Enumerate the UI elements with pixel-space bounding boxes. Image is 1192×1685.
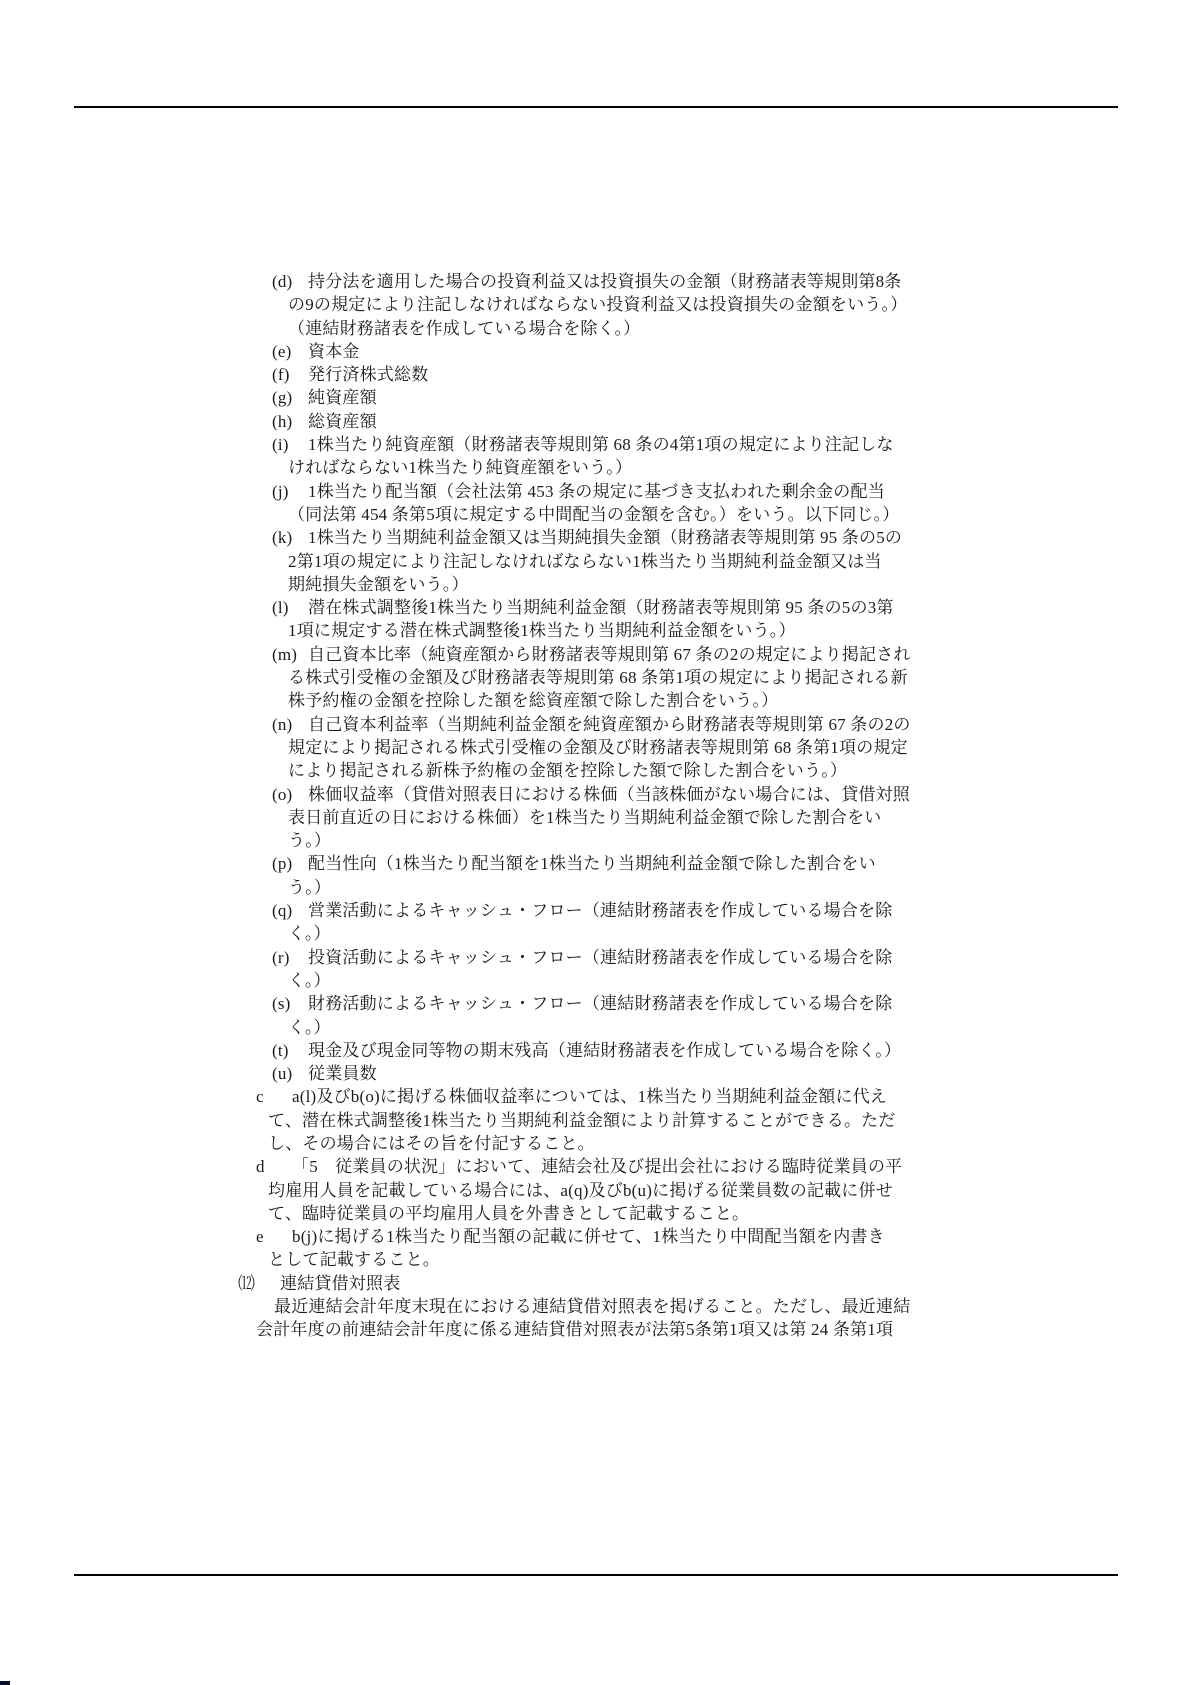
line-text: 持分法を適用した場合の投資利益又は投資損失の金額（財務諸表等規則第8条 [308, 272, 902, 291]
line-text: b(j)に掲げる1株当たり配当額の記載に併せて、1株当たり中間配当額を内書き [292, 1227, 885, 1246]
item-label: (k) [272, 526, 308, 549]
item-label: (p) [272, 852, 308, 875]
document-line: く。） [0, 922, 1192, 945]
document-line: 1項に規定する潜在株式調整後1株当たり当期純利益金額をいう。） [0, 619, 1192, 642]
item-label: (i) [272, 433, 308, 456]
line-text: 純資産額 [308, 388, 377, 407]
item-label: (u) [272, 1062, 308, 1085]
document-line: ca(l)及びb(o)に掲げる株価収益率については、1株当たり当期純利益金額に代… [0, 1085, 1192, 1108]
document-line: 株予約権の金額を控除した額を総資産額で除した割合をいう。） [0, 689, 1192, 712]
line-text: う。） [288, 878, 331, 897]
document-line: （同法第 454 条第5項に規定する中間配当の金額を含む。）をいう。以下同じ。） [0, 503, 1192, 526]
item-label: (l) [272, 596, 308, 619]
line-text: 期純損失金額をいう。） [288, 575, 469, 594]
line-text: により掲記される新株予約権の金額を控除した額で除した割合をいう。） [288, 761, 847, 780]
line-text: く。） [288, 1018, 331, 1037]
document-line: 均雇用人員を記載している場合には、a(q)及びb(u)に掲げる従業員数の記載に併… [0, 1179, 1192, 1202]
document-line: 表日前直近の日における株価）を1株当たり当期純利益金額で除した割合をい [0, 806, 1192, 829]
document-line: て、臨時従業員の平均雇用人員を外書きとして記載すること。 [0, 1202, 1192, 1225]
line-text: 最近連結会計年度末現在における連結貸借対照表を掲げること。ただし、最近連結 [274, 1297, 910, 1316]
line-text: う。） [288, 831, 331, 850]
document-line: ⑿連結貸借対照表 [0, 1272, 1192, 1295]
line-text: の9の規定により注記しなければならない投資利益又は投資損失の金額をいう。） [288, 295, 907, 314]
document-line: う。） [0, 829, 1192, 852]
item-label: (e) [272, 340, 308, 363]
document-line: (h)総資産額 [0, 410, 1192, 433]
document-line: （連結財務諸表を作成している場合を除く。） [0, 317, 1192, 340]
item-label: (t) [272, 1039, 308, 1062]
line-text: 株価収益率（貸借対照表日における株価（当該株価がない場合には、貸借対照 [308, 785, 910, 804]
line-text: 財務活動によるキャッシュ・フロー（連結財務諸表を作成している場合を除 [308, 994, 892, 1013]
item-label: (r) [272, 946, 308, 969]
document-line: (o)株価収益率（貸借対照表日における株価（当該株価がない場合には、貸借対照 [0, 783, 1192, 806]
line-text: 投資活動によるキャッシュ・フロー（連結財務諸表を作成している場合を除 [308, 948, 892, 967]
document-line: し、その場合にはその旨を付記すること。 [0, 1132, 1192, 1155]
document-line: 期純損失金額をいう。） [0, 573, 1192, 596]
item-label: (s) [272, 992, 308, 1015]
line-text: 「5 従業員の状況」において、連結会社及び提出会社における臨時従業員の平 [292, 1157, 902, 1176]
document-line: (d)持分法を適用した場合の投資利益又は投資損失の金額（財務諸表等規則第8条 [0, 270, 1192, 293]
line-text: 従業員数 [308, 1064, 377, 1083]
document-line: (u)従業員数 [0, 1062, 1192, 1085]
document-line: ければならない1株当たり純資産額をいう。） [0, 456, 1192, 479]
line-text: 1株当たり配当額（会社法第 453 条の規定に基づき支払われた剰余金の配当 [308, 482, 885, 501]
document-line: (l)潜在株式調整後1株当たり当期純利益金額（財務諸表等規則第 95 条の5の3… [0, 596, 1192, 619]
line-text: 1項に規定する潜在株式調整後1株当たり当期純利益金額をいう。） [288, 621, 796, 640]
document-line: 最近連結会計年度末現在における連結貸借対照表を掲げること。ただし、最近連結 [0, 1295, 1192, 1318]
line-text: 自己資本比率（純資産額から財務諸表等規則第 67 条の2の規定により掲記され [308, 645, 911, 664]
document-line: く。） [0, 969, 1192, 992]
document-page: (d)持分法を適用した場合の投資利益又は投資損失の金額（財務諸表等規則第8条 の… [0, 0, 1192, 1685]
document-line: (r)投資活動によるキャッシュ・フロー（連結財務諸表を作成している場合を除 [0, 946, 1192, 969]
document-line: く。） [0, 1016, 1192, 1039]
item-label: (d) [272, 270, 308, 293]
document-line: 会計年度の前連結会計年度に係る連結貸借対照表が法第5条第1項又は第 24 条第1… [0, 1318, 1192, 1341]
bottom-rule [74, 1574, 1118, 1576]
document-line: (s)財務活動によるキャッシュ・フロー（連結財務諸表を作成している場合を除 [0, 992, 1192, 1015]
document-line: 規定により掲記される株式引受権の金額及び財務諸表等規則第 68 条第1項の規定 [0, 736, 1192, 759]
line-text: ければならない1株当たり純資産額をいう。） [288, 458, 632, 477]
item-label: (f) [272, 363, 308, 386]
document-line: (i)1株当たり純資産額（財務諸表等規則第 68 条の4第1項の規定により注記し… [0, 433, 1192, 456]
item-label: (n) [272, 713, 308, 736]
line-text: し、その場合にはその旨を付記すること。 [268, 1134, 595, 1153]
document-line: (k)1株当たり当期純利益金額又は当期純損失金額（財務諸表等規則第 95 条の5… [0, 526, 1192, 549]
document-line: う。） [0, 876, 1192, 899]
line-text: 現金及び現金同等物の期末残高（連結財務諸表を作成している場合を除く。） [308, 1041, 901, 1060]
document-line: d「5 従業員の状況」において、連結会社及び提出会社における臨時従業員の平 [0, 1155, 1192, 1178]
top-rule [74, 106, 1118, 108]
document-line: (t)現金及び現金同等物の期末残高（連結財務諸表を作成している場合を除く。） [0, 1039, 1192, 1062]
line-text: （連結財務諸表を作成している場合を除く。） [288, 319, 640, 338]
document-line: 2第1項の規定により注記しなければならない1株当たり当期純利益金額又は当 [0, 550, 1192, 573]
line-text: として記載すること。 [268, 1250, 440, 1269]
line-text: く。） [288, 971, 331, 990]
line-text: る株式引受権の金額及び財務諸表等規則第 68 条第1項の規定により掲記される新 [288, 668, 908, 687]
line-text: 営業活動によるキャッシュ・フロー（連結財務諸表を作成している場合を除 [308, 901, 892, 920]
line-text: 潜在株式調整後1株当たり当期純利益金額（財務諸表等規則第 95 条の5の3第 [308, 598, 894, 617]
scan-artifact [0, 1681, 10, 1685]
item-label: c [256, 1085, 292, 1108]
line-text: 総資産額 [308, 412, 377, 431]
document-line: て、潜在株式調整後1株当たり当期純利益金額により計算することができる。ただ [0, 1109, 1192, 1132]
document-line: (p)配当性向（1株当たり配当額を1株当たり当期純利益金額で除した割合をい [0, 852, 1192, 875]
document-line: (j)1株当たり配当額（会社法第 453 条の規定に基づき支払われた剰余金の配当 [0, 480, 1192, 503]
item-label: e [256, 1225, 292, 1248]
document-line: として記載すること。 [0, 1248, 1192, 1271]
document-line: の9の規定により注記しなければならない投資利益又は投資損失の金額をいう。） [0, 293, 1192, 316]
document-body: (d)持分法を適用した場合の投資利益又は投資損失の金額（財務諸表等規則第8条 の… [0, 270, 1192, 1342]
document-line: eb(j)に掲げる1株当たり配当額の記載に併せて、1株当たり中間配当額を内書き [0, 1225, 1192, 1248]
section-title: 連結貸借対照表 [280, 1274, 400, 1293]
document-line: (n)自己資本利益率（当期純利益金額を純資産額から財務諸表等規則第 67 条の2… [0, 713, 1192, 736]
line-text: 1株当たり純資産額（財務諸表等規則第 68 条の4第1項の規定により注記しな [308, 435, 894, 454]
line-text: て、臨時従業員の平均雇用人員を外書きとして記載すること。 [268, 1204, 749, 1223]
section-number-label: ⑿ [238, 1272, 280, 1295]
document-line: る株式引受権の金額及び財務諸表等規則第 68 条第1項の規定により掲記される新 [0, 666, 1192, 689]
line-text: 自己資本利益率（当期純利益金額を純資産額から財務諸表等規則第 67 条の2の [308, 715, 911, 734]
line-text: 表日前直近の日における株価）を1株当たり当期純利益金額で除した割合をい [288, 808, 882, 827]
line-text: （同法第 454 条第5項に規定する中間配当の金額を含む。）をいう。以下同じ。） [288, 505, 900, 524]
line-text: 1株当たり当期純利益金額又は当期純損失金額（財務諸表等規則第 95 条の5の [308, 528, 902, 547]
document-line: (g)純資産額 [0, 386, 1192, 409]
line-text: 発行済株式総数 [308, 365, 428, 384]
item-label: (q) [272, 899, 308, 922]
item-label: (j) [272, 480, 308, 503]
line-text: て、潜在株式調整後1株当たり当期純利益金額により計算することができる。ただ [268, 1111, 896, 1130]
document-line: (q)営業活動によるキャッシュ・フロー（連結財務諸表を作成している場合を除 [0, 899, 1192, 922]
line-text: 会計年度の前連結会計年度に係る連結貸借対照表が法第5条第1項又は第 24 条第1… [256, 1320, 893, 1339]
item-label: d [256, 1155, 292, 1178]
line-text: 規定により掲記される株式引受権の金額及び財務諸表等規則第 68 条第1項の規定 [288, 738, 908, 757]
line-text: 配当性向（1株当たり配当額を1株当たり当期純利益金額で除した割合をい [308, 854, 876, 873]
item-label: (m) [272, 643, 308, 666]
document-line: (e)資本金 [0, 340, 1192, 363]
line-text: 株予約権の金額を控除した額を総資産額で除した割合をいう。） [288, 691, 778, 710]
document-line: により掲記される新株予約権の金額を控除した額で除した割合をいう。） [0, 759, 1192, 782]
line-text: 2第1項の規定により注記しなければならない1株当たり当期純利益金額又は当 [288, 552, 882, 571]
document-line: (m)自己資本比率（純資産額から財務諸表等規則第 67 条の2の規定により掲記さ… [0, 643, 1192, 666]
item-label: (o) [272, 783, 308, 806]
line-text: a(l)及びb(o)に掲げる株価収益率については、1株当たり当期純利益金額に代え [292, 1087, 887, 1106]
line-text: 均雇用人員を記載している場合には、a(q)及びb(u)に掲げる従業員数の記載に併… [268, 1181, 893, 1200]
line-text: 資本金 [308, 342, 360, 361]
item-label: (g) [272, 386, 308, 409]
line-text: く。） [288, 924, 331, 943]
document-line: (f)発行済株式総数 [0, 363, 1192, 386]
item-label: (h) [272, 410, 308, 433]
